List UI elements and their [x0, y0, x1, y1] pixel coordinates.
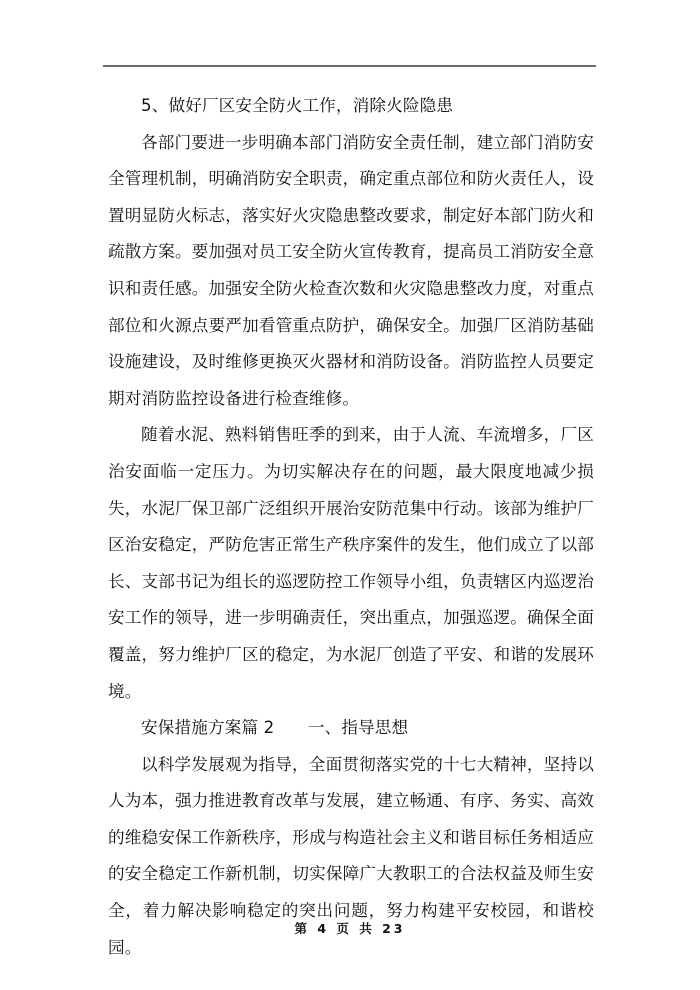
paragraph-fire-responsibility: 各部门要进一步明确本部门消防安全责任制，建立部门消防安全管理机制，明确消防安全职… — [108, 125, 594, 418]
section-heading-fire-safety: 5、做好厂区安全防火工作，消除火险隐患 — [108, 88, 594, 125]
section-heading-guiding-ideology: 安保措施方案篇 2 一、指导思想 — [108, 710, 594, 747]
document-page: 5、做好厂区安全防火工作，消除火险隐患 各部门要进一步明确本部门消防安全责任制，… — [0, 0, 700, 990]
header-rule — [103, 65, 596, 67]
document-body: 5、做好厂区安全防火工作，消除火险隐患 各部门要进一步明确本部门消防安全责任制，… — [108, 88, 594, 966]
page-footer: 第 4 页 共 23 — [0, 919, 700, 937]
paragraph-security-patrol: 随着水泥、熟料销售旺季的到来，由于人流、车流增多，厂区治安面临一定压力。为切实解… — [108, 417, 594, 710]
